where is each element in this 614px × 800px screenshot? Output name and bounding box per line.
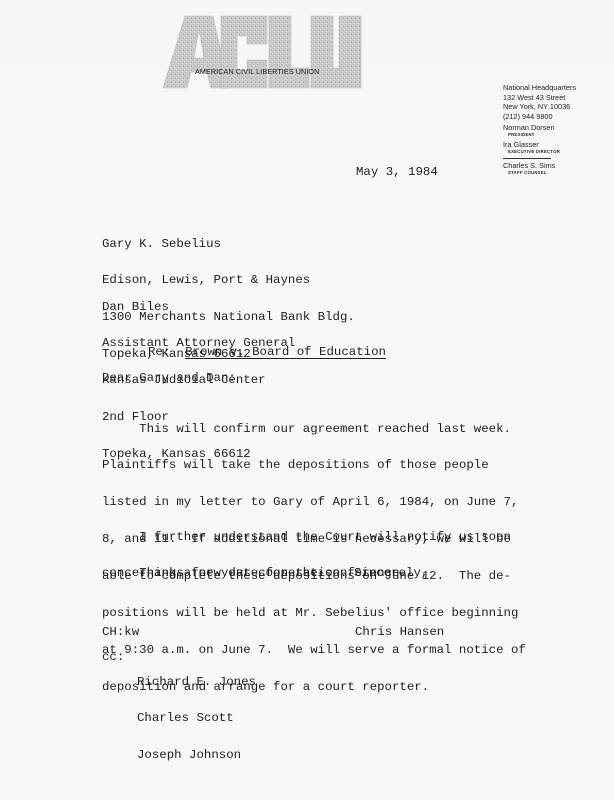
letterhead-divider	[503, 158, 551, 159]
organization-name: AMERICAN CIVIL LIBERTIES UNION	[195, 67, 319, 76]
officer-name: Ira Glasser	[503, 141, 608, 149]
officer-title: EXECUTIVE DIRECTOR	[503, 149, 608, 155]
body-line: Thanks for your cooperation.	[102, 567, 347, 579]
closing: Sincerely,	[354, 567, 428, 579]
salutation: Dear Gary and Dan:	[102, 372, 236, 384]
staff-name: Charles S. Sims	[503, 162, 608, 170]
hq-address-line: 132 West 43 Street	[503, 93, 608, 103]
headquarters-block: National Headquarters 132 West 43 Street…	[503, 83, 608, 176]
cc-recipient: Charles Scott	[137, 712, 256, 724]
cc-list: Richard E. Jones Charles Scott Joseph Jo…	[137, 651, 256, 786]
body-line: positions will be held at Mr. Sebelius' …	[102, 607, 526, 619]
recipient-name: Gary K. Sebelius	[102, 238, 355, 250]
cc-label: cc:	[102, 651, 124, 663]
aclu-logo	[163, 10, 363, 90]
signer-name: Chris Hansen	[355, 626, 444, 638]
hq-phone: (212) 944 9800	[503, 112, 608, 122]
letter-page: AMERICAN CIVIL LIBERTIES UNION National …	[0, 0, 614, 800]
body-line: This will confirm our agreement reached …	[102, 423, 526, 435]
recipient-name: Dan Biles	[102, 301, 295, 313]
letter-date: May 3, 1984	[356, 166, 438, 178]
re-subject: Brown v. Board of Education	[185, 345, 386, 359]
staff-title: STAFF COUNSEL	[503, 170, 608, 176]
hq-address-line: National Headquarters	[503, 83, 608, 93]
cc-recipient: Richard E. Jones	[137, 676, 256, 688]
body-line: Plaintiffs will take the depositions of …	[102, 459, 526, 471]
re-line: Re: Brown v. Board of Education	[148, 346, 386, 358]
officer-name: Norman Dorsen	[503, 124, 608, 132]
cc-recipient: Joseph Johnson	[137, 749, 256, 761]
body-paragraph-3: Thanks for your cooperation.	[102, 542, 347, 603]
reference-initials: CH:kw	[102, 626, 139, 638]
aclu-logo-icon	[163, 10, 363, 90]
re-label: Re:	[148, 345, 170, 359]
hq-address-line: New York, NY 10036	[503, 102, 608, 112]
